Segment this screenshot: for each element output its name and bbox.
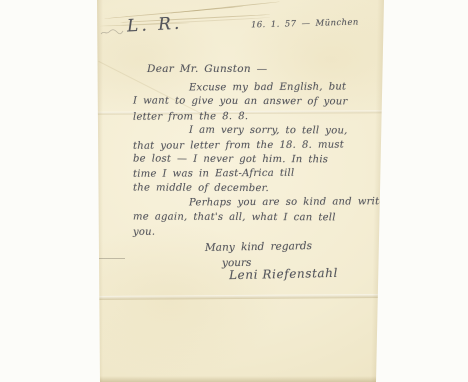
letter-line: me again, that's all, what I can tell (133, 210, 385, 226)
paper-edge-shadow-left (96, 0, 103, 382)
scanned-letter-image: L. R. 16. 1. 57 — München Dear Mr. Gunst… (0, 0, 468, 382)
sender-initials: L. R. (127, 14, 183, 37)
salutation: Dear Mr. Gunston — (147, 63, 267, 75)
letter-line: that your letter from the 18. 8. must (133, 138, 385, 154)
letter-line: Perhaps you are so kind and write (133, 195, 385, 211)
letter-line: I am very sorry, to tell you, (133, 124, 385, 140)
letter-line: letter from the 8. 8. (133, 109, 385, 125)
paper-edge-shadow-bottom (97, 376, 377, 382)
closing-regards: Many kind regards (205, 240, 312, 254)
fold-crease-top-3 (170, 1, 280, 13)
pencil-squiggle-mark (100, 23, 124, 42)
margin-pencil-mark (93, 258, 125, 259)
letter-paper: L. R. 16. 1. 57 — München Dear Mr. Gunst… (0, 0, 468, 382)
letter-line: you. (133, 224, 385, 240)
dateline: 16. 1. 57 — München (251, 18, 359, 31)
signature: Leni Riefenstahl (229, 266, 338, 282)
letter-body: Excuse my bad English, butI want to give… (133, 81, 385, 239)
fold-crease-lower (96, 294, 380, 300)
letter-line: I want to give you an answer of your (133, 95, 385, 111)
letter-line: time I was in East-Africa till (133, 167, 385, 183)
